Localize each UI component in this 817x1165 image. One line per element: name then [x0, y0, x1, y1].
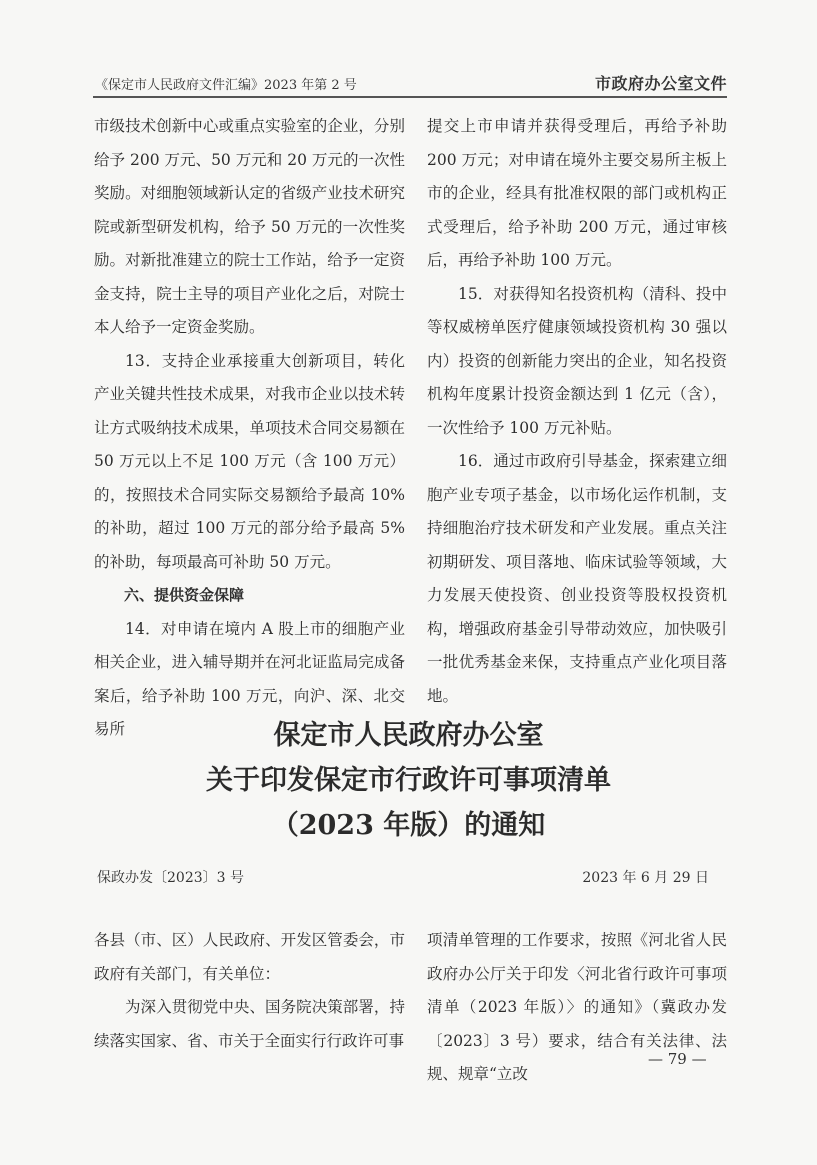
paragraph-item-13: 13．支持企业承接重大创新项目，转化产业关键共性技术成果，对我市企业以技术转让方… — [94, 345, 405, 580]
paragraph-item-16: 16．通过市政府引导基金，探索建立细胞产业专项子基金，以市场化运作机制，支持细胞… — [427, 445, 727, 713]
paragraph-continuation: 提交上市申请并获得受理后，再给予补助 200 万元；对申请在境外主要交易所主板上… — [427, 110, 727, 278]
running-header: 《保定市人民政府文件汇编》2023 年第 2 号 市政府办公室文件 — [95, 70, 727, 94]
title-line-2: 关于印发保定市行政许可事项清单 — [0, 758, 817, 803]
section-heading-funding: 六、提供资金保障 — [94, 579, 405, 613]
paragraph-continuation: 市级技术创新中心或重点实验室的企业，分别给予 200 万元、50 万元和 20 … — [94, 110, 405, 345]
document-date: 2023 年 6 月 29 日 — [582, 867, 709, 887]
section-label: 市政府办公室文件 — [595, 71, 727, 94]
upper-right-column: 提交上市申请并获得受理后，再给予补助 200 万元；对申请在境外主要交易所主板上… — [427, 110, 727, 713]
publication-title: 《保定市人民政府文件汇编》2023 年第 2 号 — [95, 74, 357, 93]
header-divider — [93, 96, 727, 98]
paragraph-item-15: 15．对获得知名投资机构（清科、投中等权威榜单医疗健康领域投资机构 30 强以内… — [427, 278, 727, 446]
upper-left-column: 市级技术创新中心或重点实验室的企业，分别给予 200 万元、50 万元和 20 … — [94, 110, 405, 747]
page-number: — 79 — — [648, 1050, 707, 1068]
paragraph-body: 为深入贯彻党中央、国务院决策部署，持续落实国家、省、市关于全面实行行政许可事 — [94, 991, 405, 1058]
title-line-3: （2023 年版）的通知 — [0, 803, 817, 848]
notice-title: 保定市人民政府办公室 关于印发保定市行政许可事项清单 （2023 年版）的通知 — [0, 713, 817, 848]
title-line-1: 保定市人民政府办公室 — [0, 713, 817, 758]
document-number: 保政办发〔2023〕3 号 — [97, 867, 244, 887]
addressee: 各县（市、区）人民政府、开发区管委会，市政府有关部门，有关单位： — [94, 924, 405, 991]
lower-left-column: 各县（市、区）人民政府、开发区管委会，市政府有关部门，有关单位： 为深入贯彻党中… — [94, 924, 405, 1058]
